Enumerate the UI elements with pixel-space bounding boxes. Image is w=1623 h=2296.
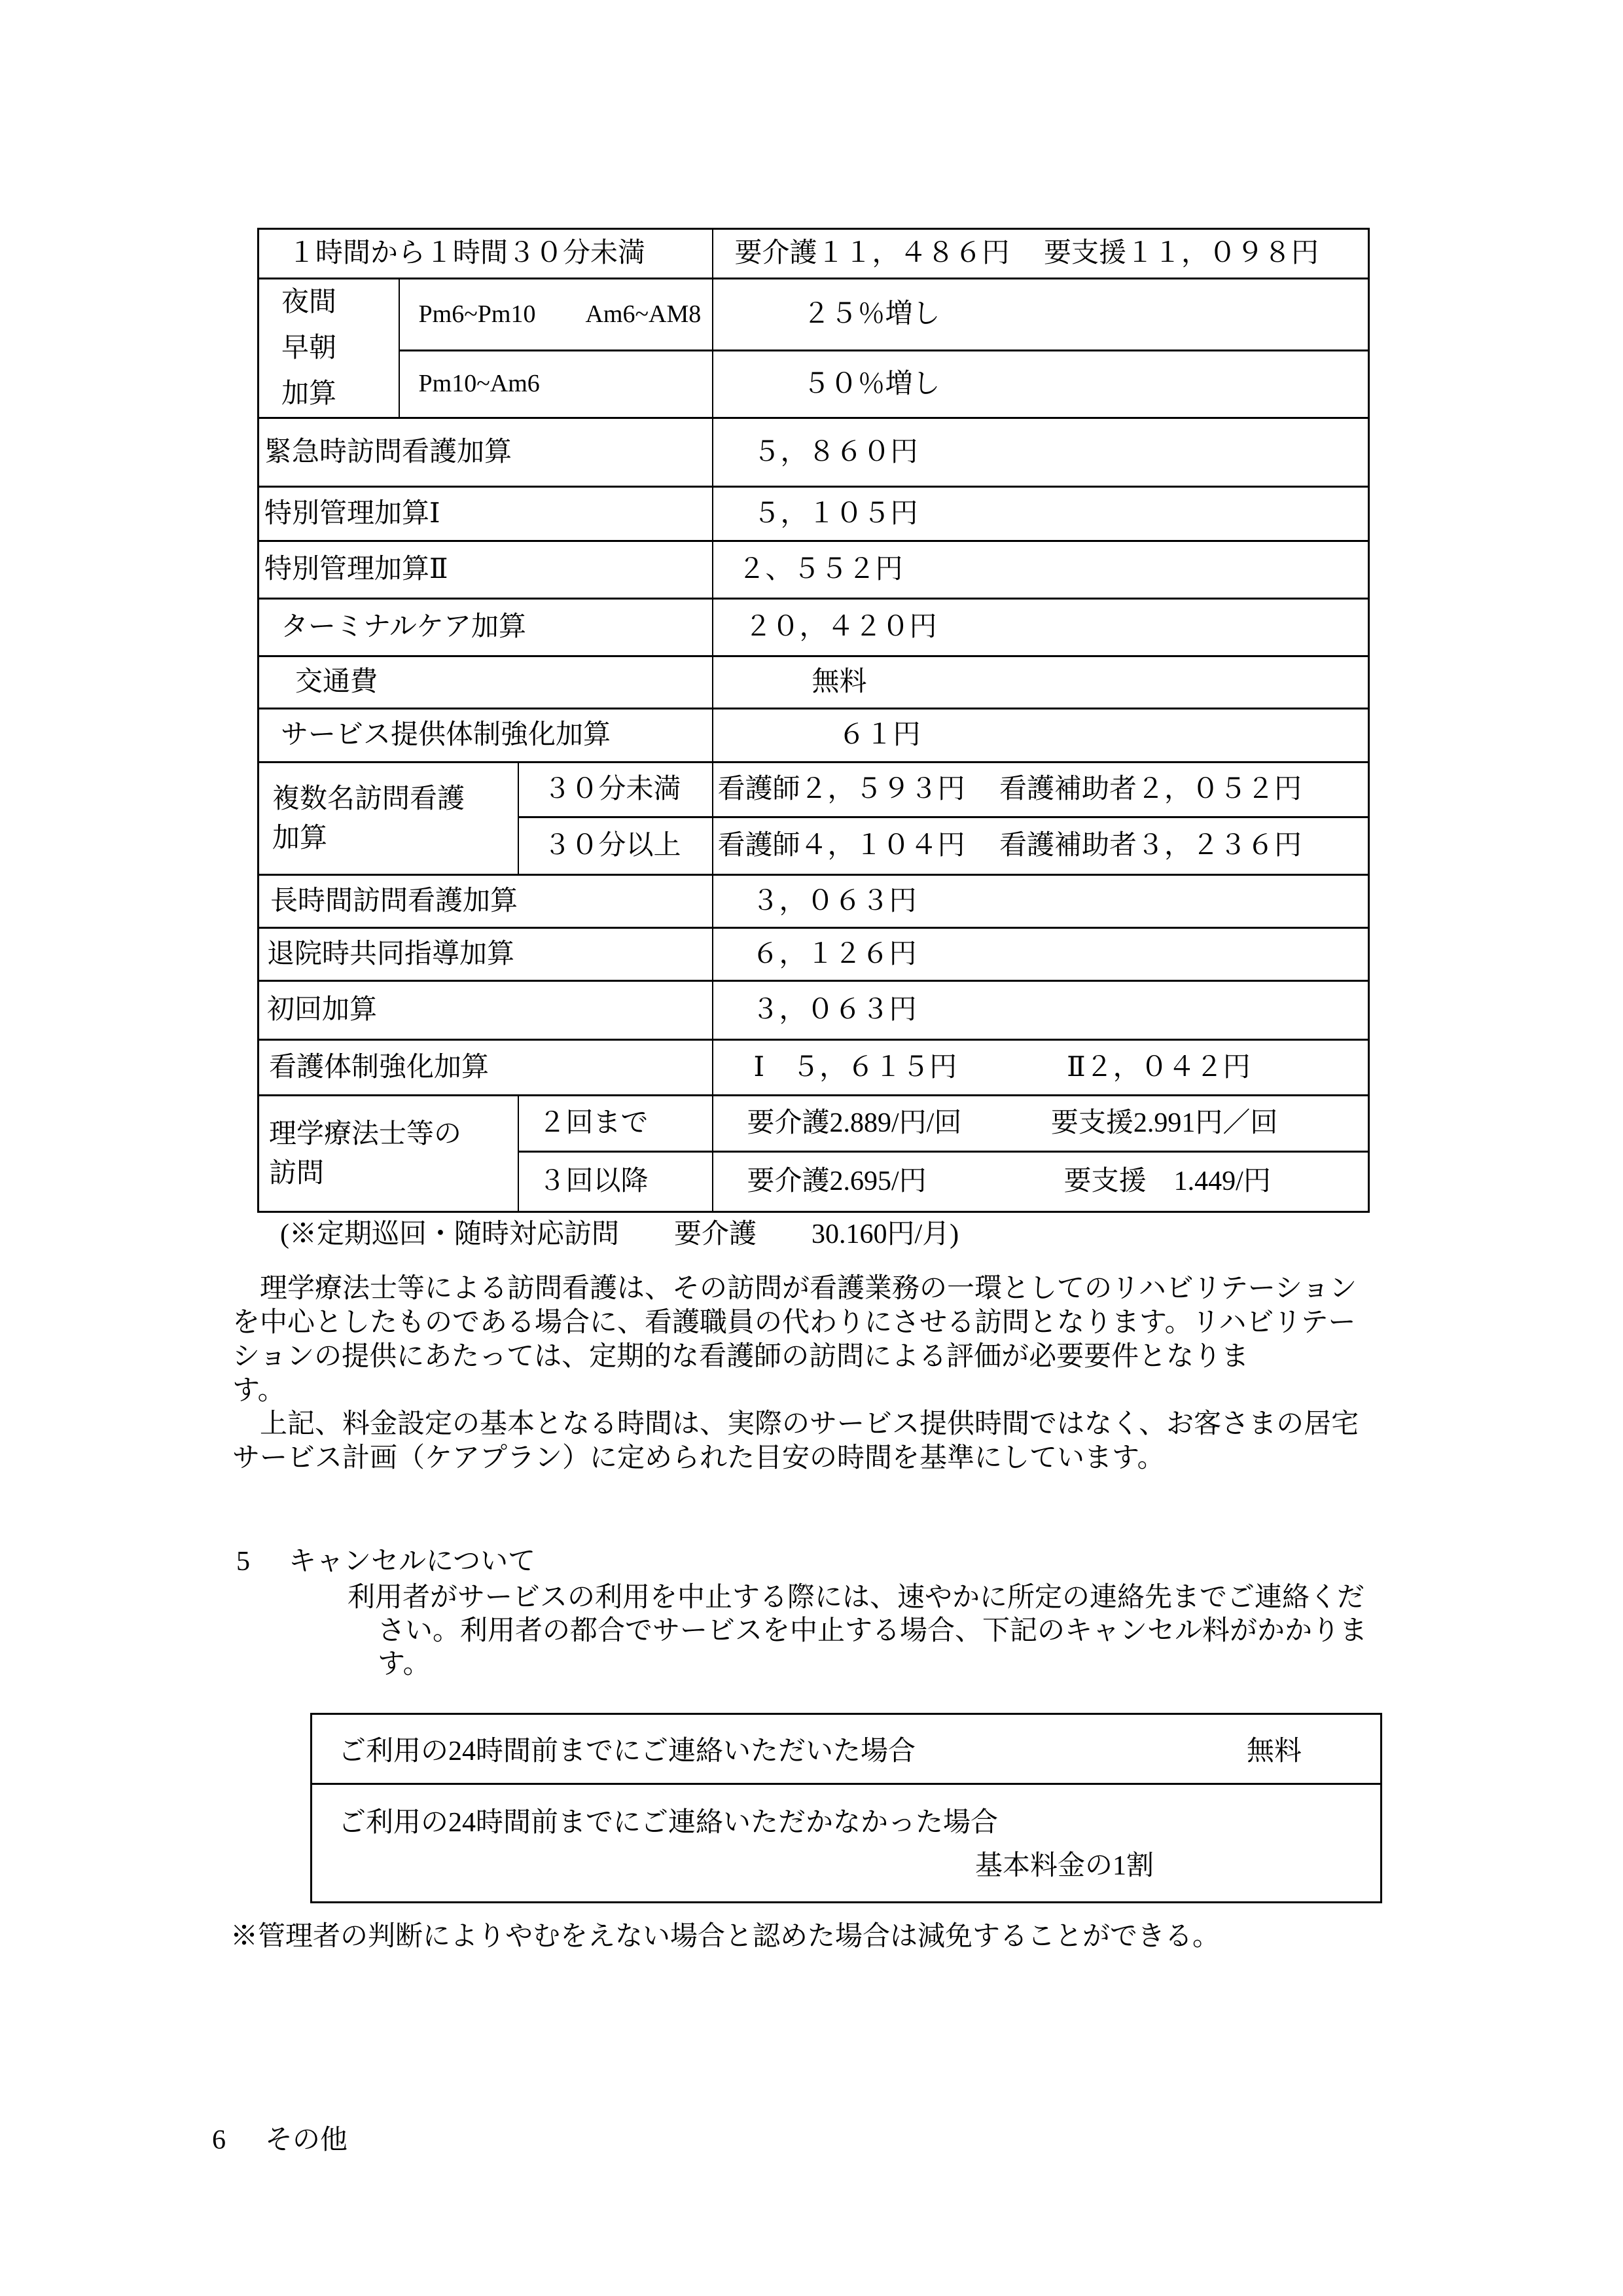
fee-row-value: ３，０６３円 xyxy=(713,981,1369,1040)
fee-row-value: ６１円 xyxy=(713,709,1369,762)
note-periodic-visit: (※定期巡回・随時対応訪問 要介護 30.160円/月) xyxy=(280,1217,959,1251)
fee-row-label: ターミナルケア加算 xyxy=(259,599,713,656)
cancel-condition: ご利用の24時間前までにご連絡いただいた場合 xyxy=(312,1729,1380,1768)
paragraph-rehab: 理学療法士等による訪問看護は、その訪問が看護業務の一環としてのリハビリテーション… xyxy=(232,1272,1357,1408)
fee-table: １時間から１時間３０分未満 要介護１１，４８６円 要支援１１，０９８円 夜間 早… xyxy=(257,228,1370,1213)
fee-row-value: 要介護2.695/円 要支援 1.449/円 xyxy=(713,1152,1369,1212)
paragraph-basis: 上記、料金設定の基本となる時間は、実際のサービス提供時間ではなく、お客さまの居宅… xyxy=(232,1407,1359,1475)
section5-text-line: さい。利用者の都合でサービスを中止する場合、下記のキャンセル料がかかりま xyxy=(378,1614,1367,1648)
table-row: 初回加算 ３，０６３円 xyxy=(259,981,1369,1040)
fee-row-label: １時間から１時間３０分未満 xyxy=(259,229,713,279)
fee-row-sublabel: Pm6~Pm10 Am6~AM8 xyxy=(399,279,713,351)
fee-row-value: ２５％増し xyxy=(713,279,1369,351)
section5-text-line: す。 xyxy=(378,1647,431,1681)
table-row: サービス提供体制強化加算 ６１円 xyxy=(259,709,1369,762)
table-row: 複数名訪問看護 加算 ３０分未満 看護師２，５９３円 看護補助者２，０５２円 xyxy=(259,762,1369,817)
paragraph-line: 上記、料金設定の基本となる時間は、実際のサービス提供時間ではなく、お客さまの居宅 xyxy=(232,1407,1359,1441)
section6-title: その他 xyxy=(265,2123,348,2157)
table-row: 退院時共同指導加算 ６，１２６円 xyxy=(259,928,1369,981)
fee-row-value: ２、５５２円 xyxy=(713,541,1369,599)
table-row: 緊急時訪問看護加算 ５，８６０円 xyxy=(259,418,1369,487)
fee-row-value: Ⅰ ５，６１５円 Ⅱ２，０４２円 xyxy=(713,1040,1369,1096)
table-row: １時間から１時間３０分未満 要介護１１，４８６円 要支援１１，０９８円 xyxy=(259,229,1369,279)
paragraph-line: す。 xyxy=(232,1374,1357,1408)
table-row: ターミナルケア加算 ２０，４２０円 xyxy=(259,599,1369,656)
fee-row-value: ５，１０５円 xyxy=(713,487,1369,541)
fee-row-label: サービス提供体制強化加算 xyxy=(259,709,713,762)
cancel-fee: 無料 xyxy=(1247,1729,1302,1768)
fee-row-sublabel: ３０分未満 xyxy=(518,762,713,817)
fee-row-value: ３，０６３円 xyxy=(713,875,1369,928)
table-row: 看護体制強化加算 Ⅰ ５，６１５円 Ⅱ２，０４２円 xyxy=(259,1040,1369,1096)
table-row: 特別管理加算Ⅰ ５，１０５円 xyxy=(259,487,1369,541)
fee-row-label: 緊急時訪問看護加算 xyxy=(259,418,713,487)
fee-row-label: 複数名訪問看護 加算 xyxy=(259,762,518,875)
paragraph-line: 理学療法士等による訪問看護は、その訪問が看護業務の一環としてのリハビリテーション xyxy=(232,1272,1357,1306)
fee-row-label: 初回加算 xyxy=(259,981,713,1040)
section5-text-line: 利用者がサービスの利用を中止する際には、速やかに所定の連絡先までご連絡くだ xyxy=(348,1581,1364,1615)
fee-row-value: 看護師２，５９３円 看護補助者２，０５２円 xyxy=(713,762,1369,817)
fee-row-label: 退院時共同指導加算 xyxy=(259,928,713,981)
fee-row-label: 理学療法士等の 訪問 xyxy=(259,1096,518,1212)
table-row: 交通費 無料 xyxy=(259,656,1369,709)
fee-row-value: 看護師４，１０４円 看護補助者３，２３６円 xyxy=(713,817,1369,875)
fee-row-sublabel: ３０分以上 xyxy=(518,817,713,875)
table-row: 長時間訪問看護加算 ３，０６３円 xyxy=(259,875,1369,928)
fee-row-value: 無料 xyxy=(713,656,1369,709)
fee-row-label: 長時間訪問看護加算 xyxy=(259,875,713,928)
table-row: ご利用の24時間前までにご連絡いただいた場合 無料 xyxy=(312,1714,1382,1784)
fee-row-label: 夜間 早朝 加算 xyxy=(259,279,399,418)
fee-row-label: 看護体制強化加算 xyxy=(259,1040,713,1096)
fee-row-label: 交通費 xyxy=(259,656,713,709)
table-row: 理学療法士等の 訪問 ２回まで 要介護2.889/円/回 要支援2.991円／回 xyxy=(259,1096,1369,1152)
fee-row-label: 特別管理加算Ⅱ xyxy=(259,541,713,599)
note-waiver: ※管理者の判断によりやむをえない場合と認めた場合は減免することができる。 xyxy=(230,1920,1220,1954)
table-row: 特別管理加算Ⅱ ２、５５２円 xyxy=(259,541,1369,599)
section5-title: キャンセルについて xyxy=(289,1545,535,1579)
fee-row-value: 要介護１１，４８６円 要支援１１，０９８円 xyxy=(713,229,1369,279)
fee-row-sublabel: Pm10~Am6 xyxy=(399,351,713,418)
document-page: １時間から１時間３０分未満 要介護１１，４８６円 要支援１１，０９８円 夜間 早… xyxy=(0,0,1623,2296)
paragraph-line: を中心としたものである場合に、看護職員の代わりにさせる訪問となります。リハビリテ… xyxy=(232,1306,1357,1340)
cancel-fee: 基本料金の1割 xyxy=(975,1844,1380,1883)
paragraph-line: ションの提供にあたっては、定期的な看護師の訪問による評価が必要要件となりま xyxy=(232,1340,1357,1374)
fee-row-value: 要介護2.889/円/回 要支援2.991円／回 xyxy=(713,1096,1369,1152)
fee-row-label: 特別管理加算Ⅰ xyxy=(259,487,713,541)
table-row: ご利用の24時間前までにご連絡いただかなかった場合 基本料金の1割 xyxy=(312,1784,1382,1903)
fee-row-value: ５，８６０円 xyxy=(713,418,1369,487)
cancel-condition: ご利用の24時間前までにご連絡いただかなかった場合 xyxy=(312,1785,1380,1840)
section5-number: 5 xyxy=(236,1545,250,1579)
fee-row-sublabel: ２回まで xyxy=(518,1096,713,1152)
section6-number: 6 xyxy=(212,2123,226,2157)
fee-row-value: ５０％増し xyxy=(713,351,1369,418)
fee-row-value: ６，１２６円 xyxy=(713,928,1369,981)
fee-row-value: ２０，４２０円 xyxy=(713,599,1369,656)
paragraph-line: サービス計画（ケアプラン）に定められた目安の時間を基準にしています。 xyxy=(232,1441,1359,1475)
table-row: Pm10~Am6 ５０％増し xyxy=(259,351,1369,418)
table-row: 夜間 早朝 加算 Pm6~Pm10 Am6~AM8 ２５％増し xyxy=(259,279,1369,351)
fee-row-sublabel: ３回以降 xyxy=(518,1152,713,1212)
cancel-fee-table: ご利用の24時間前までにご連絡いただいた場合 無料 ご利用の24時間前までにご連… xyxy=(310,1713,1382,1903)
